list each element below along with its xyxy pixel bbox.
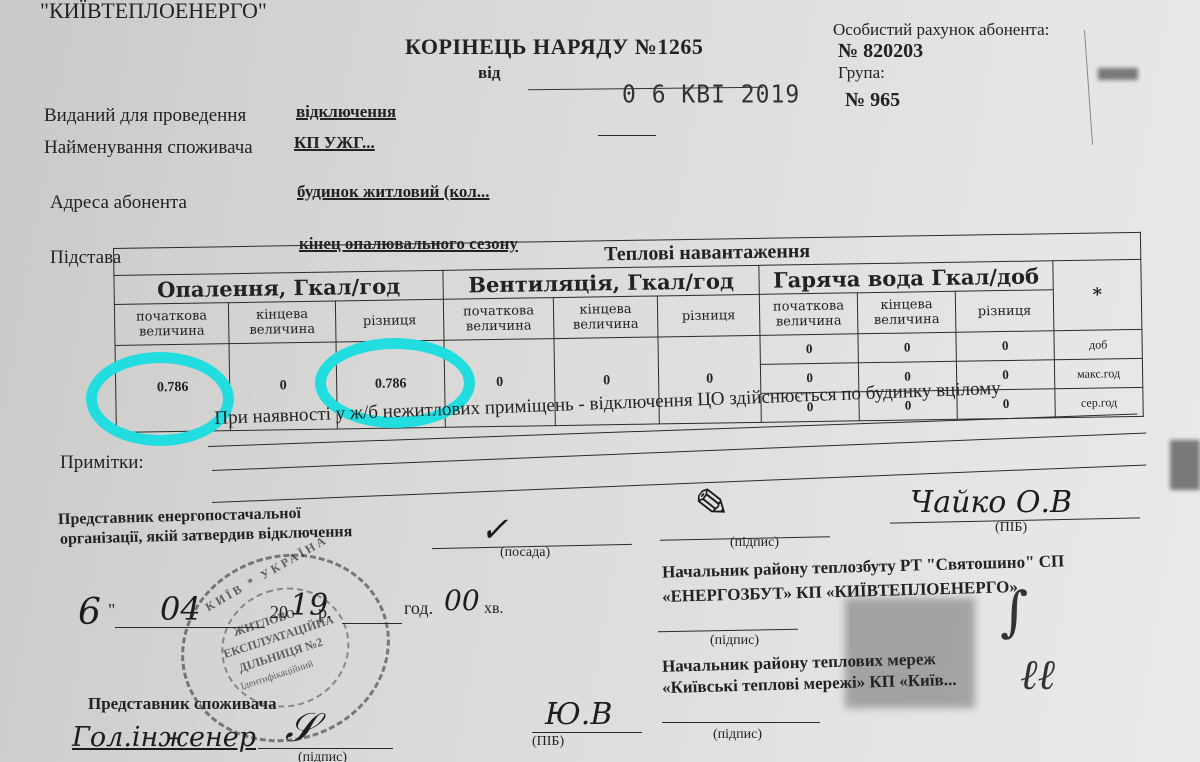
signature-line <box>658 629 798 632</box>
signature-scribble: ∫ <box>1000 580 1028 643</box>
supplier-rep-name: Чайко О.В <box>910 485 1072 520</box>
field-label-address: Адреса абонента <box>50 192 187 214</box>
field-value-purpose: відключення <box>296 102 396 122</box>
smudged-stamp <box>845 598 975 708</box>
highlight-circle-heating-initial <box>86 352 234 446</box>
hot-water-initial: 0 <box>760 334 858 365</box>
asterisk-column: * <box>1053 259 1142 330</box>
header-final: кінцева величина <box>228 301 336 344</box>
hot-water-final: 0 <box>858 332 956 363</box>
account-number: № 820203 <box>838 40 923 63</box>
quote-mark: " <box>108 600 115 621</box>
hot-water-unit: доб <box>1054 329 1142 359</box>
signature-scribble: ✎ <box>684 476 733 535</box>
field-label-consumer: Найменування споживача <box>44 137 253 159</box>
date-label: від <box>478 63 501 83</box>
notes-underline <box>212 432 1146 471</box>
signature-caption: (підпис) <box>713 727 762 743</box>
document-page: "КИЇВТЕПЛОЕНЕРГО" КОРІНЕЦЬ НАРЯДУ №1265 … <box>0 0 1200 762</box>
account-label: Особистий рахунок абонента: <box>833 20 1049 40</box>
organization-name: "КИЇВТЕПЛОЕНЕРГО" <box>40 0 267 24</box>
signature-scribble: ✓ <box>480 510 509 550</box>
group-label: Група: <box>838 63 885 83</box>
group-number: № 965 <box>845 89 900 112</box>
signature-scribble: ℓℓ <box>1020 650 1055 700</box>
ink-smudge <box>1098 68 1138 80</box>
document-title: КОРІНЕЦЬ НАРЯДУ №1265 <box>405 34 703 60</box>
field-label-basis: Підстава <box>50 247 121 269</box>
hot-water-unit: макс.год <box>1054 358 1142 388</box>
header-initial: початкова величина <box>759 293 858 336</box>
header-final: кінцева величина <box>857 291 956 334</box>
signature-caption: (підпис) <box>298 750 347 762</box>
name-caption: (ПІБ) <box>995 520 1027 536</box>
hot-water-diff: 0 <box>956 331 1054 362</box>
consumer-rep-name: Ю.В <box>545 697 612 732</box>
signature-line <box>670 722 820 723</box>
notes-label: Примітки: <box>60 452 144 474</box>
field-value-consumer: КП УЖГ... <box>294 133 375 153</box>
header-initial: початкова величина <box>114 303 229 346</box>
signature-caption: (підпис) <box>730 535 779 551</box>
date-day: 6 <box>78 592 101 633</box>
field-label-purpose: Виданий для проведення <box>44 105 246 127</box>
blank-line <box>598 135 656 136</box>
name-line <box>532 732 642 733</box>
header-initial: початкова величина <box>443 298 554 341</box>
field-value-address: будинок житловий (кол... <box>297 182 490 202</box>
signature-caption: (підпис) <box>710 633 759 649</box>
edge-mark <box>1084 30 1093 145</box>
header-diff: різниця <box>657 294 760 337</box>
ink-smudge <box>1170 440 1200 490</box>
name-caption: (ПІБ) <box>532 734 564 750</box>
hour-label: год. <box>404 598 433 619</box>
minute-value: 00 <box>444 584 480 617</box>
group-hot-water: Гаряча вода Гкал/доб <box>759 261 1053 295</box>
signature-line <box>258 748 393 749</box>
header-final: кінцева величина <box>553 296 658 339</box>
header-diff: різниця <box>335 299 444 342</box>
minute-label: хв. <box>484 600 504 618</box>
date-stamp: 0 6 КВІ 2019 <box>622 81 800 110</box>
header-diff: різниця <box>955 290 1054 333</box>
